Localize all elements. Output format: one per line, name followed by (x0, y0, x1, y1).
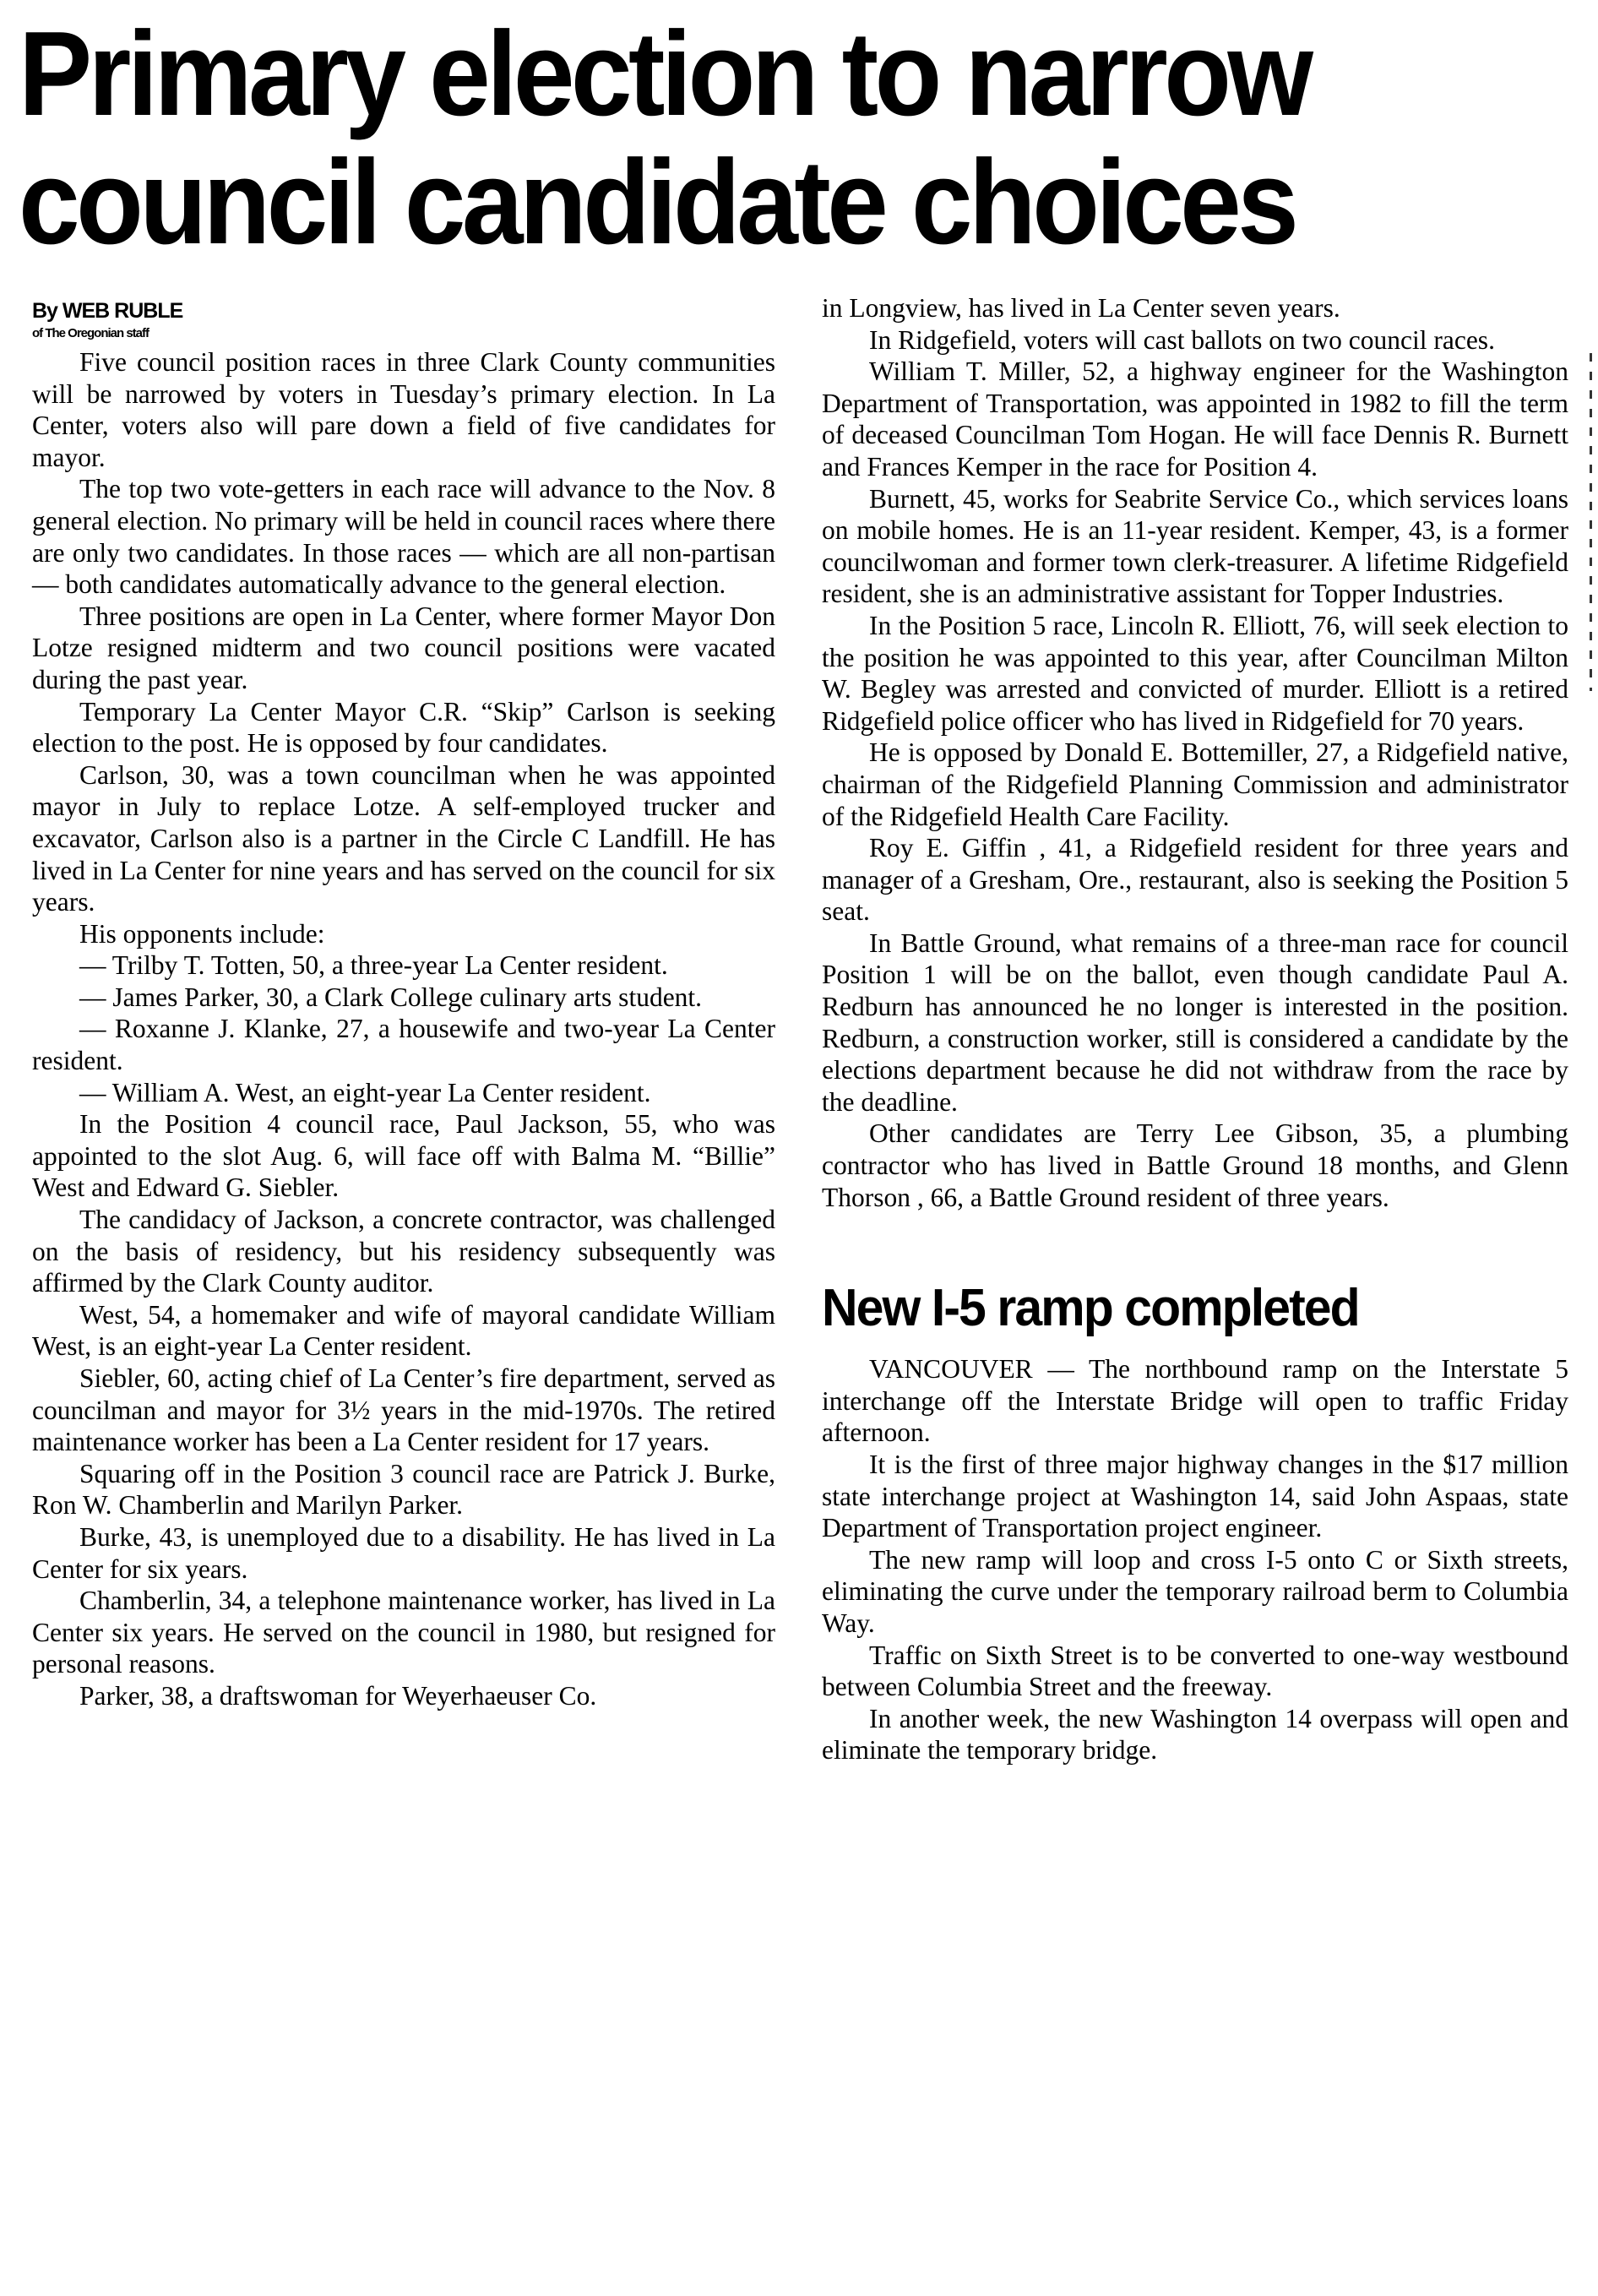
paragraph: The new ramp will loop and cross I-5 ont… (822, 1544, 1568, 1640)
headline-line-2: council candidate choices (19, 139, 1464, 267)
paragraph: VANCOUVER — The northbound ramp on the I… (822, 1353, 1568, 1449)
paragraph: Roy E. Giffin , 41, a Ridgefield residen… (822, 832, 1568, 928)
headline-line-1: Primary election to narrow (19, 10, 1464, 139)
paragraph: West, 54, a homemaker and wife of mayora… (32, 1299, 775, 1363)
list-item-opponent: — Roxanne J. Klanke, 27, a housewife and… (32, 1013, 775, 1076)
paragraph: The candidacy of Jackson, a concrete con… (32, 1204, 775, 1299)
brief-headline: New I-5 ramp completed (822, 1279, 1531, 1338)
byline-affiliation: of The Oregonian staff (32, 324, 775, 343)
paragraph: In another week, the new Washington 14 o… (822, 1703, 1568, 1766)
paragraph: In Ridgefield, voters will cast ballots … (822, 324, 1568, 356)
paragraph: Five council position races in three Cla… (32, 346, 775, 473)
paragraph: He is opposed by Donald E. Bottemiller, … (822, 737, 1568, 832)
byline: By WEB RUBLE (32, 297, 775, 324)
paragraph: Burke, 43, is unemployed due to a disabi… (32, 1521, 775, 1585)
list-item-opponent: — Trilby T. Totten, 50, a three-year La … (32, 949, 775, 982)
paragraph: In the Position 5 race, Lincoln R. Ellio… (822, 610, 1568, 737)
paragraph: Siebler, 60, acting chief of La Center’s… (32, 1363, 775, 1458)
paragraph: In the Position 4 council race, Paul Jac… (32, 1108, 775, 1204)
list-item-opponent: — William A. West, an eight-year La Cent… (32, 1077, 775, 1109)
paragraph: Other candidates are Terry Lee Gibson, 3… (822, 1118, 1568, 1213)
column-rule-artifact (1590, 353, 1592, 691)
paragraph: Traffic on Sixth Street is to be convert… (822, 1640, 1568, 1703)
paragraph: In Battle Ground, what remains of a thre… (822, 928, 1568, 1118)
list-item-opponent: — James Parker, 30, a Clark College culi… (32, 982, 775, 1014)
paragraph: William T. Miller, 52, a highway enginee… (822, 356, 1568, 482)
paragraph: Burnett, 45, works for Seabrite Service … (822, 483, 1568, 610)
paragraph: Parker, 38, a draftswoman for Weyerhaeus… (32, 1680, 775, 1712)
paragraph: Chamberlin, 34, a telephone maintenance … (32, 1585, 775, 1680)
paragraph: Three positions are open in La Center, w… (32, 601, 775, 696)
paragraph-continuation: in Longview, has lived in La Center seve… (822, 292, 1568, 324)
paragraph: Temporary La Center Mayor C.R. “Skip” Ca… (32, 696, 775, 759)
article-headline: Primary election to narrow council candi… (19, 10, 1464, 267)
paragraph: Squaring off in the Position 3 council r… (32, 1458, 775, 1521)
paragraph: The top two vote-getters in each race wi… (32, 473, 775, 600)
paragraph: Carlson, 30, was a town councilman when … (32, 759, 775, 918)
article-column-right: in Longview, has lived in La Center seve… (822, 292, 1568, 1766)
paragraph: It is the first of three major highway c… (822, 1449, 1568, 1544)
article-column-left: By WEB RUBLE of The Oregonian staff Five… (32, 297, 775, 1712)
paragraph: His opponents include: (32, 918, 775, 950)
